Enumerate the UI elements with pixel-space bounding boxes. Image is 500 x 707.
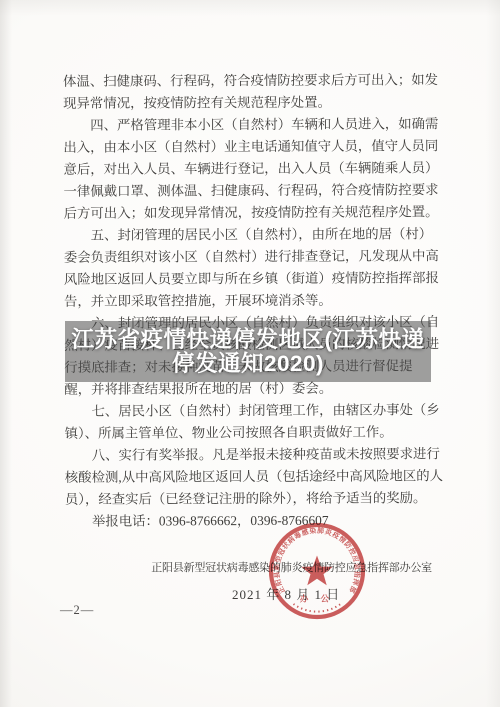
document-line: 四、严格管理非本小区（自然村）车辆和人员进入，如确需 [63,113,439,137]
document-line: 现异常情况，按疫情防控有关规范程序处置。 [63,91,439,115]
page-number: —2— [60,603,94,618]
document-line: 五、封闭管理的居民小区（自然村），由所在地的居（村） [64,223,440,247]
document-line: 意后，对出入人员、车辆进行登记，出入人员（车辆随乘人员） [63,157,439,181]
document-line: 告，并立即采取管控措施，开展环境消杀等。 [64,289,440,313]
document-line: 后方可出入；如发现异常情况，按疫情防控有关规范程序处置。 [64,201,440,225]
document-body: 体温、扫健康码、行程码，符合疫情防控要求后方可出入；如发 现异常情况，按疫情防控… [63,69,441,533]
document-line: 镇）、所属主管单位、物业公司按照各自职责做好工作。 [65,421,441,445]
document-line: 员），经查实后（已经登记注册的除外），将给予适当的奖励。 [65,487,441,511]
watermark-title-line1: 江苏省疫情快递停发地区(江苏快递 [65,328,431,352]
document-line: 举报电话：0396-8766662，0396-8766607 [65,509,441,533]
watermark-title-line2: 停发通知2020) [65,352,431,376]
watermark-title-banner: 江苏省疫情快递停发地区(江苏快递 停发通知2020) [65,321,431,382]
document-line: 核酸检测,从中高风险地区返回人员（包括途经中高风险地区的人 [65,465,441,489]
seal-dotted-arc [294,604,341,612]
seal-star-icon [301,556,332,586]
document-line: 八、实行有奖举报。凡是举报未接种疫苗或未按照要求进行 [65,443,441,467]
document-line: 委会负责组织对该小区（自然村）进行排查登记，凡发现从中高 [64,245,440,269]
document-line: 七、居民小区（自然村）封闭管理工作，由辖区办事处（乡 [64,399,440,423]
document-line: 出入，由本小区（自然村）业主电话通知值守人员，值守人员同 [63,135,439,159]
official-seal-stamp: 正阳县新型冠状病毒感染肺炎疫情防控应急指挥部 办 公 [267,521,367,621]
document-line: 体温、扫健康码、行程码，符合疫情防控要求后方可出入；如发 [63,69,439,93]
seal-bottom-text: 办 公 [300,594,334,604]
document-line: 风险地区返回人员要立即与所在乡镇（街道）疫情防控指挥部报 [64,267,440,291]
document-line: 一律佩戴口罩、测体温、扫健康码、行程码，符合疫情防控要求 [63,179,439,203]
